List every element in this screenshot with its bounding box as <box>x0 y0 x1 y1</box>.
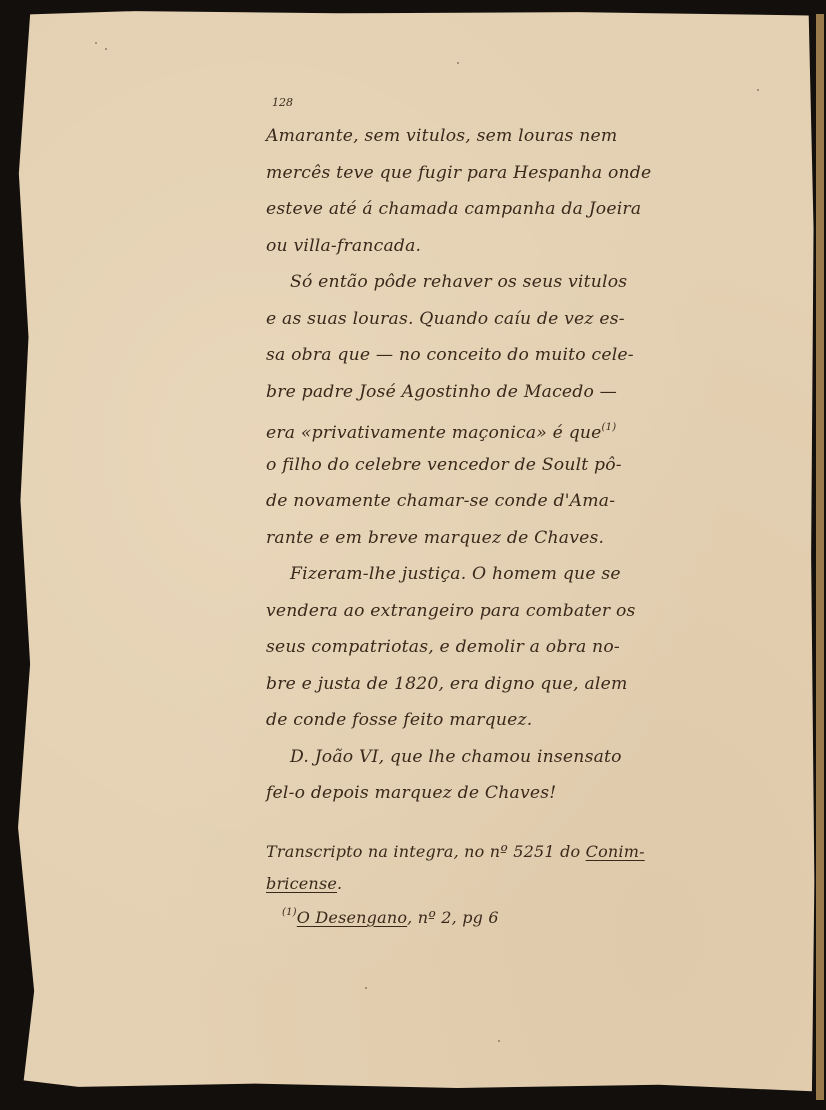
footnote: (1)O Desengano, nº 2, pg 6 <box>266 898 726 928</box>
text-line: o filho do celebre vencedor de Soult pô- <box>266 447 726 484</box>
manuscript-text: Amarante, sem vitulos, sem louras nem me… <box>266 118 726 928</box>
paper-speck <box>757 89 759 91</box>
text-line: de novamente chamar-se conde d'Ama- <box>266 483 726 520</box>
text-line: rante e em breve marquez de Chaves. <box>266 520 726 557</box>
page-edge <box>816 14 824 1100</box>
text-line: mercês teve que fugir para Hespanha onde <box>266 155 726 192</box>
footnote-marker: (1) <box>282 907 297 918</box>
text-line: bre padre José Agostinho de Macedo — <box>266 374 726 411</box>
text-line: bre e justa de 1820, era digno que, alem <box>266 666 726 703</box>
paragraph-2: Só então pôde rehaver os seus vitulos e … <box>266 264 726 556</box>
paper-speck <box>498 1040 500 1042</box>
paper-speck <box>365 987 367 989</box>
spacer <box>266 812 726 834</box>
text-line: sa obra que — no conceito do muito cele- <box>266 337 726 374</box>
paper-speck <box>457 62 459 64</box>
text-line: bricense. <box>266 870 726 898</box>
paragraph-1: Amarante, sem vitulos, sem louras nem me… <box>266 118 726 264</box>
text-line: Fizeram-lhe justiça. O homem que se <box>266 556 726 593</box>
paragraph-3: Fizeram-lhe justiça. O homem que se vend… <box>266 556 726 739</box>
transcription-note: Transcripto na integra, no nº 5251 do Co… <box>266 834 726 899</box>
text-line: D. João VI, que lhe chamou insensato <box>266 739 726 776</box>
text-line: vendera ao extrangeiro para combater os <box>266 593 726 630</box>
text-line: Transcripto na integra, no nº 5251 do Co… <box>266 834 726 871</box>
paper-speck <box>105 48 107 50</box>
text-line: seus compatriotas, e demolir a obra no- <box>266 629 726 666</box>
text-line: fel-o depois marquez de Chaves! <box>266 775 726 812</box>
text-line: era «privativamente maçonica» é que(1) <box>266 410 726 447</box>
paragraph-4: D. João VI, que lhe chamou insensato fel… <box>266 739 726 812</box>
newspaper-title: Conim- <box>586 842 645 861</box>
text-line: ou villa-francada. <box>266 228 726 265</box>
newspaper-title-cont: bricense <box>266 874 337 893</box>
text-line: de conde fosse feito marquez. <box>266 702 726 739</box>
text-line: Amarante, sem vitulos, sem louras nem <box>266 118 726 155</box>
note-prefix: Transcripto na integra, no nº 5251 do <box>266 842 586 861</box>
footnote-title: O Desengano <box>297 908 407 927</box>
text-line-content: era «privativamente maçonica» é que <box>266 423 602 443</box>
page-number: 128 <box>272 96 293 109</box>
paper-speck <box>95 42 97 44</box>
note-suffix: . <box>337 874 342 893</box>
text-line: esteve até á chamada campanha da Joeira <box>266 191 726 228</box>
text-line: e as suas louras. Quando caíu de vez es- <box>266 301 726 338</box>
footnote-marker: (1) <box>602 422 617 433</box>
footnote-ref: , nº 2, pg 6 <box>407 908 499 927</box>
text-line: Só então pôde rehaver os seus vitulos <box>266 264 726 301</box>
